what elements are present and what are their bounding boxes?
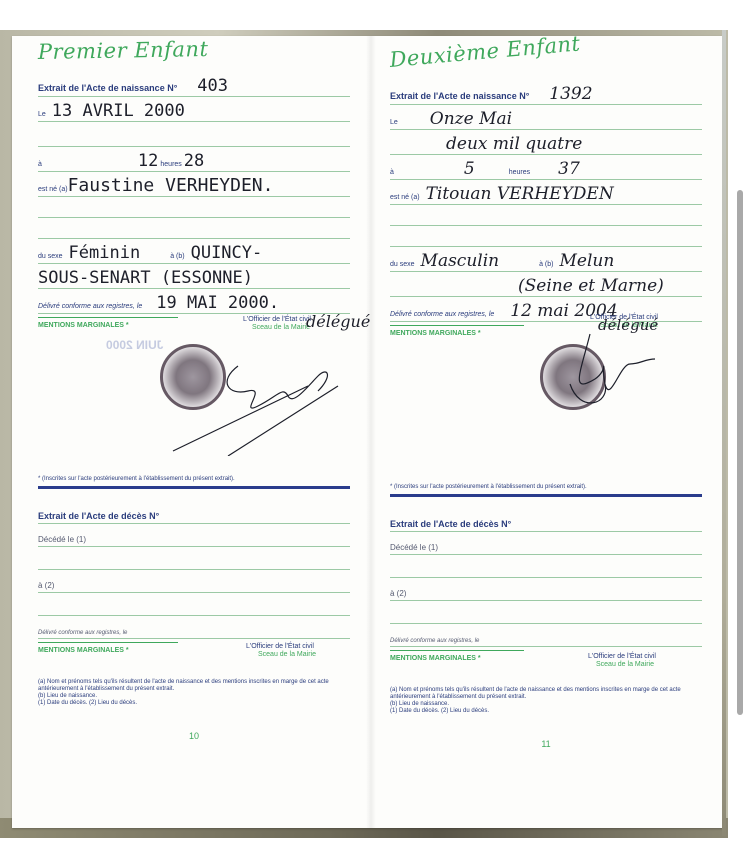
death-acte-row: Extrait de l'Acte de décès N°	[390, 509, 702, 532]
sexe-row: du sexe Masculin à (b) Melun	[390, 247, 702, 272]
heures-label: heures	[509, 169, 530, 176]
footnote-a: (a) Nom et prénoms tels qu'ils résultent…	[390, 687, 702, 701]
death-officier-label: L'Officier de l'État civil	[588, 653, 656, 660]
delivre-date: 19 MAI 2000.	[156, 295, 279, 313]
delivre-label: Délivré conforme aux registres, le	[38, 303, 142, 313]
death-place-label: à (2)	[390, 589, 406, 600]
officier-label: L'Officier de l'État civil	[243, 316, 311, 323]
mentions-row: MENTIONS MARGINALES * L'Officier de l'Ét…	[38, 314, 350, 336]
blank-row	[390, 205, 702, 226]
death-sceau-label: Sceau de la Mairie	[596, 661, 654, 668]
birth-hour: 12	[138, 153, 158, 171]
lieu-label: à (b)	[539, 261, 553, 268]
death-acte-label: Extrait de l'Acte de décès N°	[390, 519, 511, 531]
lieu-line2: SOUS-SENART (ESSONNE)	[38, 270, 253, 288]
death-delivre-label: Délivré conforme aux registres, le	[38, 630, 127, 638]
footnote-inscrites: * (Inscrites sur l'acte postérieurement …	[38, 476, 350, 482]
birth-date-line2: deux mil quatre	[446, 136, 582, 154]
sexe-label: du sexe	[390, 261, 415, 271]
footnote-b: (b) Lieu de naissance.	[390, 701, 702, 708]
lieu-row-2: SOUS-SENART (ESSONNE)	[38, 264, 350, 289]
decede-label: Décédé le (1)	[390, 543, 438, 554]
birth-hour: 5	[464, 161, 475, 179]
death-mentions-row: MENTIONS MARGINALES * L'Officier de l'Ét…	[38, 639, 350, 679]
child-name: Faustine VERHEYDEN.	[68, 177, 274, 196]
signature-icon	[168, 346, 348, 456]
faded-stamp-text: JUIN 2000	[106, 338, 163, 352]
birth-minutes: 37	[558, 161, 580, 179]
sexe-value: Féminin	[69, 245, 141, 263]
heures-label: heures	[160, 161, 181, 168]
delivre-row: Délivré conforme aux registres, le 19 MA…	[38, 289, 350, 314]
page-title: Premier Enfant	[38, 35, 351, 72]
acte-label: Extrait de l'Acte de naissance N°	[390, 91, 529, 104]
sexe-row: du sexe Féminin à (b) QUINCY-	[38, 239, 350, 264]
blank-row	[38, 197, 350, 218]
decede-label: Décédé le (1)	[38, 535, 86, 546]
lieu-line1: Melun	[560, 253, 615, 271]
child-name: Titouan VERHEYDEN	[426, 186, 614, 204]
blank-row	[38, 593, 350, 616]
a-label: à	[38, 161, 42, 171]
footnote-b: (b) Lieu de naissance.	[38, 693, 350, 700]
death-place-label: à (2)	[38, 581, 54, 592]
mentions-label: MENTIONS MARGINALES *	[390, 330, 481, 337]
death-delivre-row: Délivré conforme aux registres, le	[390, 624, 702, 647]
page-number: 11	[390, 739, 702, 749]
death-place-row: à (2)	[390, 578, 702, 601]
blank-row	[390, 226, 702, 247]
death-officier-label: L'Officier de l'État civil	[246, 643, 314, 650]
death-delivre-row: Délivré conforme aux registres, le	[38, 616, 350, 639]
birth-date: 13 AVRIL 2000	[52, 103, 185, 121]
lieu-line1: QUINCY-	[191, 245, 263, 263]
section-divider	[38, 486, 350, 489]
delivre-label: Délivré conforme aux registres, le	[390, 311, 494, 321]
birth-date: Onze Mai	[430, 111, 512, 129]
le-label: Le	[390, 119, 398, 129]
time-row: à 12 heures 28	[38, 147, 350, 172]
date-row-2: deux mil quatre	[390, 130, 702, 155]
acte-label: Extrait de l'Acte de naissance N°	[38, 83, 177, 96]
date-row: Le Onze Mai	[390, 105, 702, 130]
page-premier-enfant: Premier Enfant Extrait de l'Acte de nais…	[38, 40, 350, 741]
sexe-label: du sexe	[38, 253, 63, 263]
footnotes: (a) Nom et prénoms tels qu'ils résultent…	[390, 687, 702, 715]
page-number: 10	[38, 731, 350, 741]
footnote-1-2: (1) Date du décès. (2) Lieu du décès.	[390, 708, 702, 715]
death-acte-label: Extrait de l'Acte de décès N°	[38, 511, 159, 523]
blank-row	[390, 555, 702, 578]
est-ne-label: est né (a)	[38, 186, 68, 196]
vertical-scrollbar[interactable]	[737, 190, 743, 715]
name-row: est né (a) Titouan VERHEYDEN	[390, 180, 702, 205]
death-delivre-label: Délivré conforme aux registres, le	[390, 638, 479, 646]
est-ne-label: est né (a)	[390, 194, 420, 204]
acte-number: 1392	[549, 86, 592, 104]
blank-row	[390, 601, 702, 624]
booklet-fold	[366, 36, 376, 828]
death-mentions-label: MENTIONS MARGINALES *	[390, 655, 481, 662]
stamp-area	[390, 344, 702, 484]
le-label: Le	[38, 111, 46, 121]
decede-row: Décédé le (1)	[390, 532, 702, 555]
date-row: Le 13 AVRIL 2000	[38, 97, 350, 122]
death-mentions-row: MENTIONS MARGINALES * L'Officier de l'Ét…	[390, 647, 702, 687]
footnote-a: (a) Nom et prénoms tels qu'ils résultent…	[38, 679, 350, 693]
page-deuxieme-enfant: Deuxième Enfant Extrait de l'Acte de nai…	[390, 40, 702, 749]
blank-row	[38, 547, 350, 570]
death-acte-row: Extrait de l'Acte de décès N°	[38, 501, 350, 524]
section-divider	[390, 494, 702, 497]
acte-number-row: Extrait de l'Acte de naissance N° 1392	[390, 80, 702, 105]
footnotes: (a) Nom et prénoms tels qu'ils résultent…	[38, 679, 350, 707]
delegue-note: délégué	[306, 314, 370, 330]
name-row: est né (a) Faustine VERHEYDEN.	[38, 172, 350, 197]
sexe-value: Masculin	[421, 253, 500, 271]
time-row: à 5 heures 37	[390, 155, 702, 180]
stamp-area: JUIN 2000	[38, 336, 350, 476]
mentions-label: MENTIONS MARGINALES *	[38, 322, 129, 329]
death-place-row: à (2)	[38, 570, 350, 593]
signature-icon	[550, 324, 660, 424]
date-row-2	[38, 122, 350, 147]
blank-row	[38, 218, 350, 239]
acte-number: 403	[197, 78, 228, 96]
lieu-row-2: (Seine et Marne)	[390, 272, 702, 297]
booklet-edge	[722, 30, 726, 836]
death-sceau-label: Sceau de la Mairie	[258, 651, 316, 658]
birth-minutes: 28	[184, 153, 204, 171]
sceau-label: Sceau de la Mairie	[252, 324, 310, 331]
decede-row: Décédé le (1)	[38, 524, 350, 547]
footnote-1-2: (1) Date du décès. (2) Lieu du décès.	[38, 700, 350, 707]
acte-number-row: Extrait de l'Acte de naissance N° 403	[38, 72, 350, 97]
footnote-inscrites: * (Inscrites sur l'acte postérieurement …	[390, 484, 702, 490]
a-label: à	[390, 169, 394, 179]
lieu-label: à (b)	[170, 253, 184, 260]
lieu-line2: (Seine et Marne)	[518, 278, 664, 296]
death-mentions-label: MENTIONS MARGINALES *	[38, 647, 129, 654]
